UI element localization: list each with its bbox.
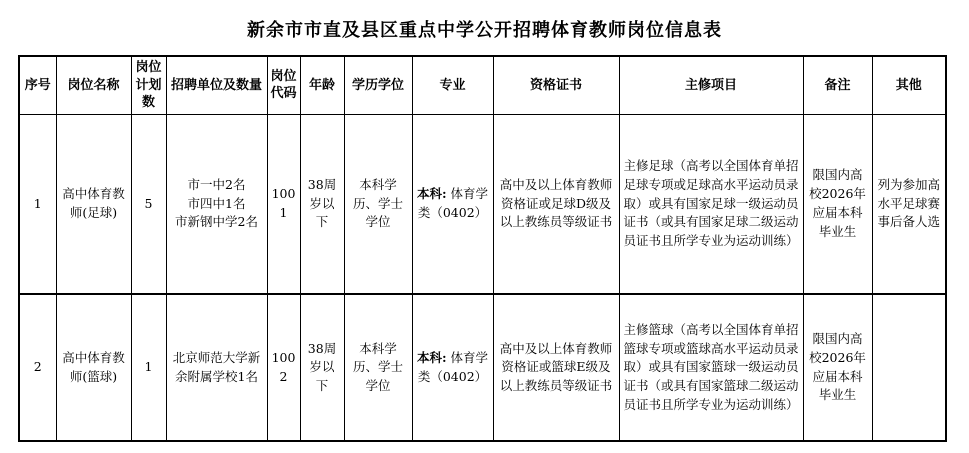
cell-major: 本科: 体育学类（0402） [412,114,493,294]
major-level-label: 本科: [417,186,447,201]
col-header-plan-count: 岗位计划数 [131,56,166,114]
col-header-seq: 序号 [19,56,56,114]
col-header-post-code: 岗位代码 [267,56,300,114]
table-row: 2 高中体育教师(篮球) 1 北京师范大学新 余附属学校1名 1002 38周岁… [19,294,946,441]
table-row: 1 高中体育教师(足球) 5 市一中2名 市四中1名 市新钢中学2名 1001 … [19,114,946,294]
cell-education: 本科学历、学士学位 [344,114,412,294]
cell-age: 38周岁以下 [300,114,344,294]
document-page: 新余市市直及县区重点中学公开招聘体育教师岗位信息表 序号 岗位名称 岗位计划数 … [0,0,969,453]
cell-other: 列为参加高水平足球赛事后备人选 [872,114,946,294]
cell-education: 本科学历、学士学位 [344,294,412,441]
cell-age: 38周岁以下 [300,294,344,441]
col-header-main-program: 主修项目 [619,56,803,114]
cell-main-program: 主修篮球（高考以全国体育单招篮球专项或篮球高水平运动员录取）或具有国家篮球一级运… [619,294,803,441]
cell-main-program: 主修足球（高考以全国体育单招足球专项或足球高水平运动员录取）或具有国家足球一级运… [619,114,803,294]
cell-post-name: 高中体育教师(篮球) [56,294,131,441]
col-header-major: 专业 [412,56,493,114]
cell-post-code: 1002 [267,294,300,441]
table-header-row: 序号 岗位名称 岗位计划数 招聘单位及数量 岗位代码 年龄 学历学位 专业 资格… [19,56,946,114]
cell-remark: 限国内高校2026年应届本科毕业生 [803,294,872,441]
cell-post-code: 1001 [267,114,300,294]
cell-plan-count: 1 [131,294,166,441]
cell-units: 北京师范大学新 余附属学校1名 [166,294,267,441]
col-header-other: 其他 [872,56,946,114]
cell-other [872,294,946,441]
job-posting-table: 序号 岗位名称 岗位计划数 招聘单位及数量 岗位代码 年龄 学历学位 专业 资格… [18,55,947,442]
cell-remark: 限国内高校2026年应届本科毕业生 [803,114,872,294]
cell-seq: 1 [19,114,56,294]
cell-major: 本科: 体育学类（0402） [412,294,493,441]
cell-post-name: 高中体育教师(足球) [56,114,131,294]
cell-certificate: 高中及以上体育教师资格证或足球D级及以上教练员等级证书 [493,114,619,294]
page-title: 新余市市直及县区重点中学公开招聘体育教师岗位信息表 [0,16,969,42]
cell-plan-count: 5 [131,114,166,294]
col-header-certificate: 资格证书 [493,56,619,114]
cell-seq: 2 [19,294,56,441]
col-header-post-name: 岗位名称 [56,56,131,114]
cell-units: 市一中2名 市四中1名 市新钢中学2名 [166,114,267,294]
col-header-education: 学历学位 [344,56,412,114]
col-header-age: 年龄 [300,56,344,114]
major-level-label: 本科: [417,350,447,365]
col-header-remark: 备注 [803,56,872,114]
cell-certificate: 高中及以上体育教师资格证或篮球E级及以上教练员等级证书 [493,294,619,441]
col-header-units: 招聘单位及数量 [166,56,267,114]
